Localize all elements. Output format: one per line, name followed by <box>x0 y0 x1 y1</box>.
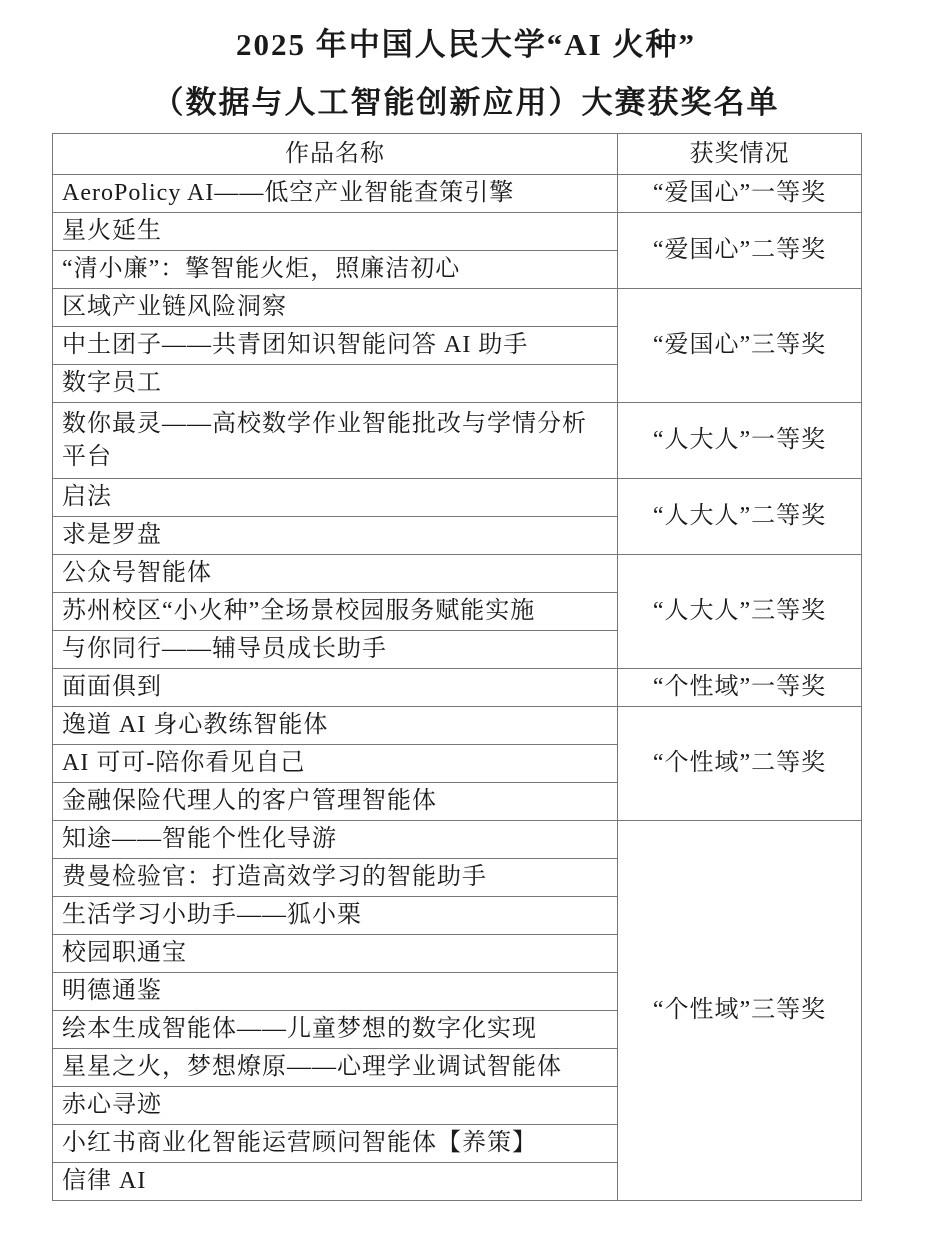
award-cell: “爱国心”三等奖 <box>618 289 862 403</box>
table-header-row: 作品名称 获奖情况 <box>53 134 862 175</box>
work-name-cell: “清小廉”：擎智能火炬，照廉洁初心 <box>53 251 618 289</box>
work-name-cell: 生活学习小助手——狐小栗 <box>53 897 618 935</box>
work-name-cell: AI 可可-陪你看见自己 <box>53 745 618 783</box>
document-title-line2: （数据与人工智能创新应用）大赛获奖名单 <box>0 62 932 120</box>
award-cell: “个性域”三等奖 <box>618 821 862 1201</box>
document-page: 2025 年中国人民大学“AI 火种” （数据与人工智能创新应用）大赛获奖名单 … <box>0 0 932 1242</box>
column-header-award-status: 获奖情况 <box>618 134 862 175</box>
work-name-cell: 与你同行——辅导员成长助手 <box>53 631 618 669</box>
work-name-cell: 面面俱到 <box>53 669 618 707</box>
award-cell: “人大人”二等奖 <box>618 479 862 555</box>
work-name-cell: 启法 <box>53 479 618 517</box>
table-row: 面面俱到 “个性域”一等奖 <box>53 669 862 707</box>
table-row: 知途——智能个性化导游 “个性域”三等奖 <box>53 821 862 859</box>
work-name-cell: 知途——智能个性化导游 <box>53 821 618 859</box>
work-name-cell: 信律 AI <box>53 1163 618 1201</box>
work-name-cell: 区域产业链风险洞察 <box>53 289 618 327</box>
award-cell: “人大人”一等奖 <box>618 403 862 479</box>
document-title-line1: 2025 年中国人民大学“AI 火种” <box>0 0 932 62</box>
column-header-work-name: 作品名称 <box>53 134 618 175</box>
work-name-cell: AeroPolicy AI——低空产业智能查策引擎 <box>53 175 618 213</box>
award-cell: “爱国心”一等奖 <box>618 175 862 213</box>
table-row: 逸道 AI 身心教练智能体 “个性域”二等奖 <box>53 707 862 745</box>
table-row: 公众号智能体 “人大人”三等奖 <box>53 555 862 593</box>
work-name-cell: 公众号智能体 <box>53 555 618 593</box>
award-cell: “个性域”一等奖 <box>618 669 862 707</box>
work-name-cell: 绘本生成智能体——儿童梦想的数字化实现 <box>53 1011 618 1049</box>
work-name-cell: 求是罗盘 <box>53 517 618 555</box>
award-cell: “个性域”二等奖 <box>618 707 862 821</box>
work-name-cell: 星火延生 <box>53 213 618 251</box>
table-row: 启法 “人大人”二等奖 <box>53 479 862 517</box>
award-cell: “人大人”三等奖 <box>618 555 862 669</box>
work-name-cell: 费曼检验官：打造高效学习的智能助手 <box>53 859 618 897</box>
work-name-cell: 逸道 AI 身心教练智能体 <box>53 707 618 745</box>
work-name-cell: 校园职通宝 <box>53 935 618 973</box>
work-name-cell: 星星之火，梦想燎原——心理学业调试智能体 <box>53 1049 618 1087</box>
work-name-cell: 中土团子——共青团知识智能问答 AI 助手 <box>53 327 618 365</box>
table-row: 区域产业链风险洞察 “爱国心”三等奖 <box>53 289 862 327</box>
table-row: 星火延生 “爱国心”二等奖 <box>53 213 862 251</box>
work-name-cell: 数字员工 <box>53 365 618 403</box>
work-name-cell: 数你最灵——高校数学作业智能批改与学情分析平台 <box>53 403 618 479</box>
table-row: AeroPolicy AI——低空产业智能查策引擎 “爱国心”一等奖 <box>53 175 862 213</box>
awards-table: 作品名称 获奖情况 AeroPolicy AI——低空产业智能查策引擎 “爱国心… <box>52 133 862 1201</box>
work-name-cell: 小红书商业化智能运营顾问智能体【养策】 <box>53 1125 618 1163</box>
award-cell: “爱国心”二等奖 <box>618 213 862 289</box>
work-name-cell: 金融保险代理人的客户管理智能体 <box>53 783 618 821</box>
work-name-cell: 苏州校区“小火种”全场景校园服务赋能实施 <box>53 593 618 631</box>
table-row: 数你最灵——高校数学作业智能批改与学情分析平台 “人大人”一等奖 <box>53 403 862 479</box>
work-name-cell: 明德通鉴 <box>53 973 618 1011</box>
work-name-cell: 赤心寻迹 <box>53 1087 618 1125</box>
